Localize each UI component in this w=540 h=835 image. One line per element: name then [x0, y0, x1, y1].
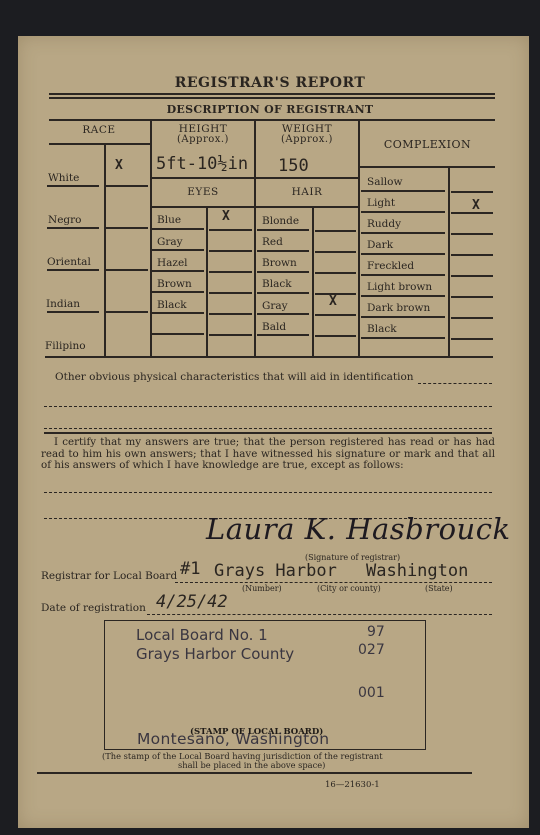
height-value: 5ft-10½in	[156, 154, 248, 174]
certification-text: I certify that my answers are true; that…	[41, 437, 495, 472]
complexion-mark-rule	[451, 233, 493, 235]
hair-option-blonde: Blonde	[262, 215, 299, 227]
complexion-mark-rule	[451, 275, 493, 277]
city-caption: (City or county)	[317, 584, 381, 593]
complexion-rule	[361, 295, 445, 297]
registrar-board-label: Registrar for Local Board	[41, 570, 177, 582]
eyes-option-black: Black	[157, 299, 187, 311]
complexion-mark-rule	[451, 296, 493, 298]
hair-mark-rule	[315, 335, 356, 337]
complexion-mark-rule	[451, 338, 493, 340]
race-header-rule	[49, 143, 150, 145]
height-rule	[152, 177, 254, 179]
complexion-option-light-brown: Light brown	[367, 281, 432, 293]
race-mark-white: X	[115, 158, 123, 173]
complexion-rule	[361, 253, 445, 255]
other-characteristics-field[interactable]	[418, 383, 492, 384]
hair-rule	[257, 271, 309, 273]
race-rule	[47, 311, 99, 313]
divider-complexion-mark	[448, 168, 450, 356]
divider-race-height	[150, 120, 152, 356]
stamp-code-1: 97	[367, 624, 385, 640]
eyes-mark-rule	[209, 271, 252, 273]
eyes-rule	[152, 291, 204, 293]
eyes-rule	[152, 333, 204, 335]
complexion-rule	[361, 211, 445, 213]
eyes-mark-rule	[209, 250, 252, 252]
stamp-caption: (STAMP OF LOCAL BOARD)	[190, 727, 323, 737]
hair-rule	[257, 292, 309, 294]
stamp-line-2: Grays Harbor County	[136, 645, 294, 663]
race-option-negro: Negro	[48, 214, 81, 226]
title-rule-top	[49, 93, 495, 95]
number-caption: (Number)	[242, 584, 282, 593]
hair-option-bald: Bald	[262, 321, 286, 333]
certification-rule	[44, 432, 492, 434]
weight-value: 150	[278, 156, 309, 176]
complexion-rule	[361, 274, 445, 276]
stamp-code-3: 001	[358, 685, 385, 701]
complexion-option-black: Black	[367, 323, 397, 335]
eyes-rule	[152, 312, 204, 314]
weight-rule	[256, 177, 358, 179]
height-approx: (Approx.)	[152, 134, 254, 146]
race-rule	[47, 269, 99, 271]
state-caption: (State)	[425, 584, 453, 593]
eyes-mark-rule	[209, 334, 252, 336]
race-option-indian: Indian	[46, 298, 80, 310]
race-header: RACE	[49, 124, 149, 136]
stamp-code-2: 027	[358, 642, 385, 658]
race-option-white: White	[48, 172, 79, 184]
other-characteristics-label: Other obvious physical characteristics t…	[55, 371, 414, 383]
board-state-value: Washington	[366, 561, 468, 581]
eyes-option-blue: Blue	[157, 214, 181, 226]
date-value: 4/25/42	[156, 592, 228, 612]
complexion-rule	[361, 190, 445, 192]
complexion-option-dark: Dark	[367, 239, 393, 251]
board-city-value: Grays Harbor	[214, 561, 337, 581]
other-characteristics-line-3[interactable]	[44, 428, 492, 429]
race-option-oriental: Oriental	[47, 256, 91, 268]
complexion-mark-light: X	[472, 198, 480, 213]
board-number-value: #1	[180, 559, 200, 579]
complexion-mark-rule	[451, 191, 493, 193]
date-field[interactable]	[147, 614, 492, 615]
eyes-rule	[152, 270, 204, 272]
eyes-header-rule	[152, 206, 254, 208]
hair-option-brown: Brown	[262, 257, 297, 269]
weight-approx: (Approx.)	[256, 134, 358, 146]
eyes-mark-rule	[209, 313, 252, 315]
other-characteristics-line-2[interactable]	[44, 406, 492, 407]
bottom-rule	[37, 772, 472, 774]
table-bottom-rule	[45, 356, 493, 358]
complexion-rule	[361, 316, 445, 318]
complexion-header-rule	[360, 166, 495, 168]
title-rule-bottom	[49, 97, 495, 99]
eyes-rule	[152, 228, 204, 230]
hair-mark-gray: X	[329, 294, 337, 309]
complexion-option-light: Light	[367, 197, 395, 209]
complexion-mark-rule	[451, 317, 493, 319]
eyes-mark-rule	[209, 292, 252, 294]
complexion-option-ruddy: Ruddy	[367, 218, 401, 230]
eyes-header: EYES	[152, 186, 254, 198]
eyes-option-hazel: Hazel	[157, 257, 188, 269]
race-rule	[47, 185, 99, 187]
race-mark-rule	[106, 185, 148, 187]
exceptions-line-1[interactable]	[44, 492, 492, 493]
hair-rule	[257, 334, 309, 336]
date-label: Date of registration	[41, 602, 146, 614]
hair-rule	[257, 229, 309, 231]
section-subtitle: DESCRIPTION OF REGISTRANT	[0, 103, 540, 116]
hair-header: HAIR	[256, 186, 358, 198]
hair-mark-rule	[315, 272, 356, 274]
complexion-option-sallow: Sallow	[367, 176, 402, 188]
race-mark-rule	[106, 227, 148, 229]
hair-mark-rule	[315, 251, 356, 253]
divider-weight-complexion	[358, 120, 360, 356]
race-mark-rule	[106, 311, 148, 313]
eyes-option-gray: Gray	[157, 236, 183, 248]
hair-option-black: Black	[262, 278, 292, 290]
registrar-signature: Laura K. Hasbrouck	[206, 512, 511, 546]
hair-option-red: Red	[262, 236, 283, 248]
hair-mark-rule	[315, 314, 356, 316]
complexion-mark-rule	[451, 254, 493, 256]
hair-option-gray: Gray	[262, 300, 288, 312]
registrar-board-field[interactable]	[175, 582, 492, 583]
eyes-option-brown: Brown	[157, 278, 192, 290]
race-option-filipino: Filipino	[45, 340, 86, 352]
complexion-header: COMPLEXION	[360, 139, 495, 151]
form-number: 16—21630-1	[325, 780, 380, 790]
eyes-mark-rule	[209, 229, 252, 231]
complexion-option-dark-brown: Dark brown	[367, 302, 430, 314]
hair-rule	[257, 250, 309, 252]
divider-height-weight	[254, 120, 256, 356]
complexion-rule	[361, 232, 445, 234]
complexion-rule	[361, 337, 445, 339]
divider-race-mark	[104, 145, 106, 356]
stamp-note-line-2: shall be placed in the above space)	[178, 760, 325, 770]
complexion-option-freckled: Freckled	[367, 260, 414, 272]
report-title: REGISTRAR'S REPORT	[0, 75, 540, 91]
stamp-line-1: Local Board No. 1	[136, 626, 268, 644]
hair-header-rule	[256, 206, 358, 208]
hair-mark-rule	[315, 230, 356, 232]
race-mark-rule	[106, 269, 148, 271]
eyes-mark-blue: X	[222, 209, 230, 224]
table-top-rule	[49, 119, 495, 121]
eyes-rule	[152, 249, 204, 251]
divider-eyes-mark	[206, 207, 208, 356]
race-rule	[47, 227, 99, 229]
complexion-mark-rule	[451, 212, 493, 214]
divider-hair-mark	[312, 207, 314, 356]
hair-rule	[257, 313, 309, 315]
